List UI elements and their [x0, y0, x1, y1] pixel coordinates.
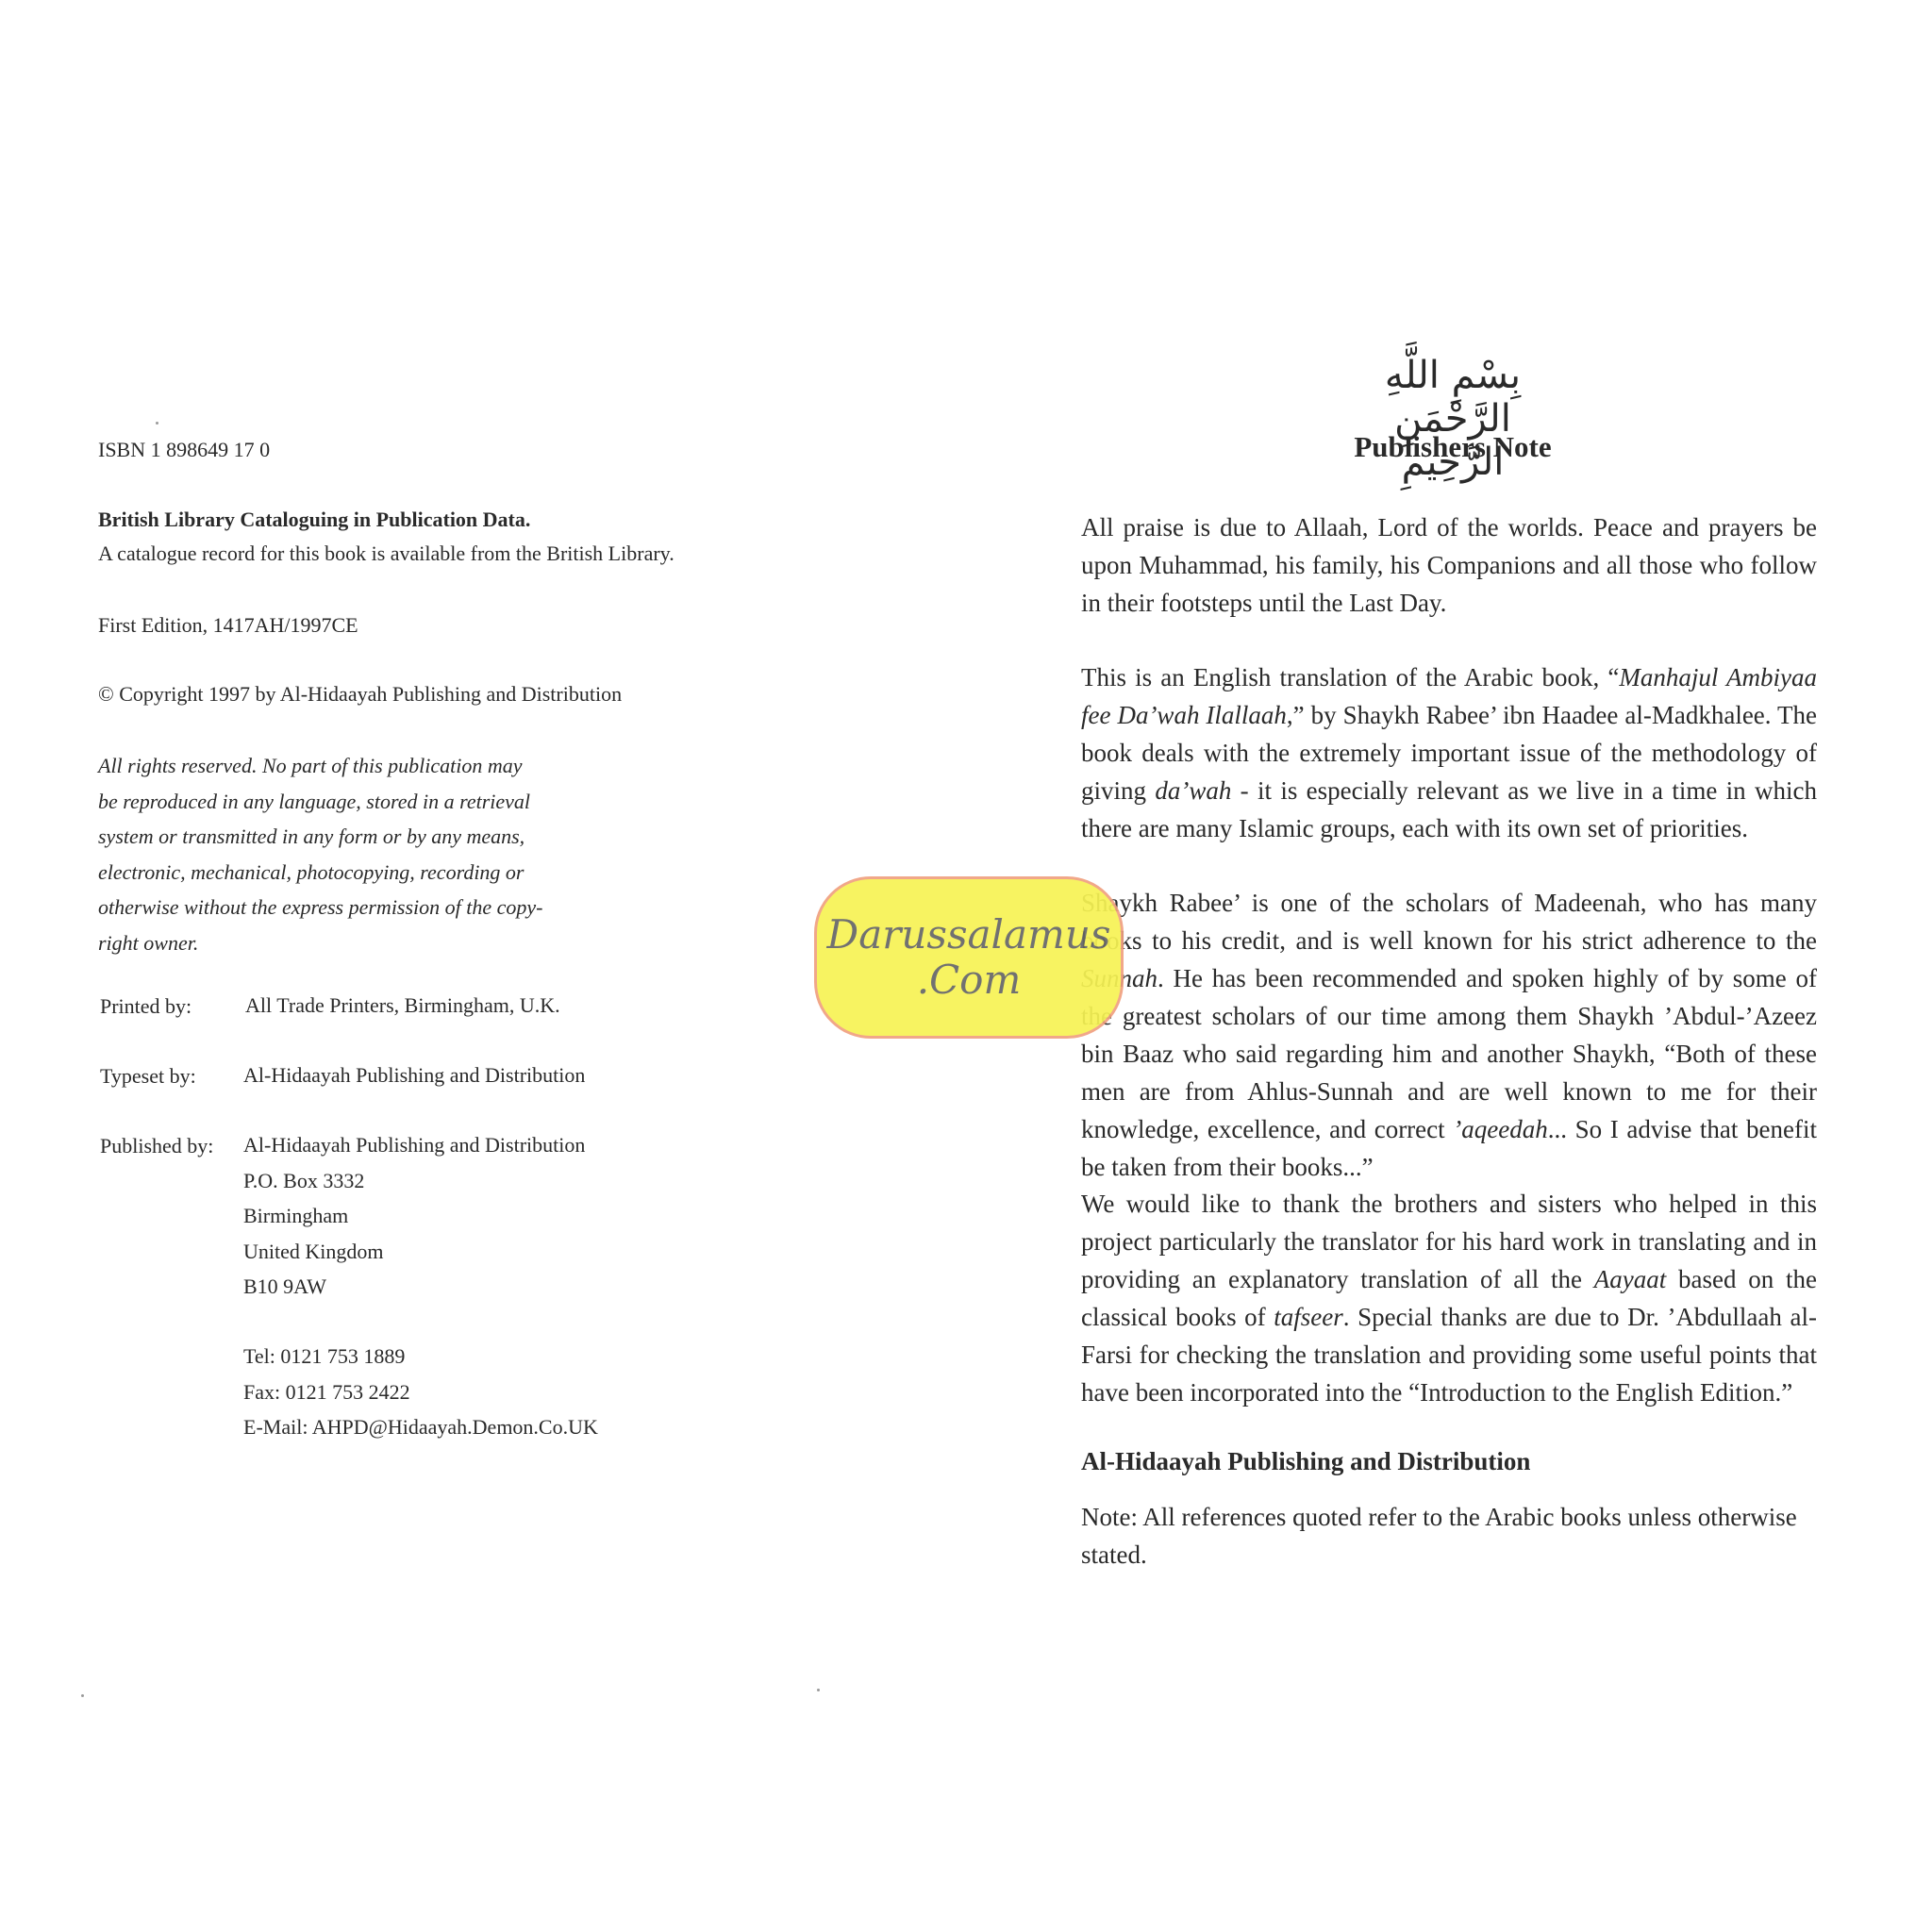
printed-by-label: Printed by:: [100, 994, 192, 1019]
address-line: Birmingham: [243, 1198, 585, 1234]
publisher-signoff: Al-Hidaayah Publishing and Distribution: [1081, 1447, 1530, 1476]
address-line: P.O. Box 3332: [243, 1163, 585, 1199]
page-title: Publishers Note: [1321, 430, 1585, 464]
watermark-line-1: Darussalamus: [827, 912, 1111, 958]
rights-line: All rights reserved. No part of this pub…: [98, 748, 570, 784]
rights-line: right owner.: [98, 925, 570, 961]
telephone: Tel: 0121 753 1889: [243, 1339, 598, 1374]
rights-line: otherwise without the express permission…: [98, 890, 570, 925]
watermark-stamp: Darussalamus .Com: [814, 876, 1124, 1039]
rights-line: be reproduced in any language, stored in…: [98, 784, 570, 820]
email: E-Mail: AHPD@Hidaayah.Demon.Co.UK: [243, 1409, 598, 1445]
paragraph-2: This is an English translation of the Ar…: [1081, 658, 1817, 847]
scan-speck: [81, 1694, 84, 1697]
rights-line: system or transmitted in any form or by …: [98, 819, 570, 855]
isbn: ISBN 1 898649 17 0: [98, 437, 270, 463]
address-line: United Kingdom: [243, 1234, 585, 1270]
fax: Fax: 0121 753 2422: [243, 1374, 598, 1410]
typeset-by-value: Al-Hidaayah Publishing and Distribution: [243, 1058, 585, 1093]
published-by-address: Al-Hidaayah Publishing and Distribution …: [243, 1127, 585, 1305]
address-line: B10 9AW: [243, 1269, 585, 1305]
published-by-label: Published by:: [100, 1134, 213, 1158]
scan-speck: [817, 1689, 820, 1691]
address-line: Al-Hidaayah Publishing and Distribution: [243, 1127, 585, 1163]
copyright-notice: © Copyright 1997 by Al-Hidaayah Publishi…: [98, 681, 622, 708]
typeset-by-label: Typeset by:: [100, 1064, 196, 1089]
printed-by-value: All Trade Printers, Birmingham, U.K.: [245, 988, 560, 1024]
paragraph-3: Shaykh Rabee’ is one of the scholars of …: [1081, 884, 1817, 1186]
edition: First Edition, 1417AH/1997CE: [98, 612, 358, 639]
paragraph-1: All praise is due to Allaah, Lord of the…: [1081, 508, 1817, 622]
scan-speck: [156, 422, 158, 425]
cataloguing-title: British Library Cataloguing in Publicati…: [98, 508, 530, 531]
rights-reserved: All rights reserved. No part of this pub…: [98, 748, 570, 960]
references-note: Note: All references quoted refer to the…: [1081, 1498, 1817, 1574]
rights-line: electronic, mechanical, photocopying, re…: [98, 855, 570, 891]
contact-details: Tel: 0121 753 1889 Fax: 0121 753 2422 E-…: [243, 1339, 598, 1445]
cataloguing-text: A catalogue record for this book is avai…: [98, 541, 675, 567]
watermark-line-2: .Com: [917, 958, 1022, 1003]
paragraph-4: We would like to thank the brothers and …: [1081, 1185, 1817, 1411]
basmala-calligraphy: بِسْمِ اللَّهِ الرَّحْمَنِ الرَّحِيمِ: [1340, 354, 1566, 484]
